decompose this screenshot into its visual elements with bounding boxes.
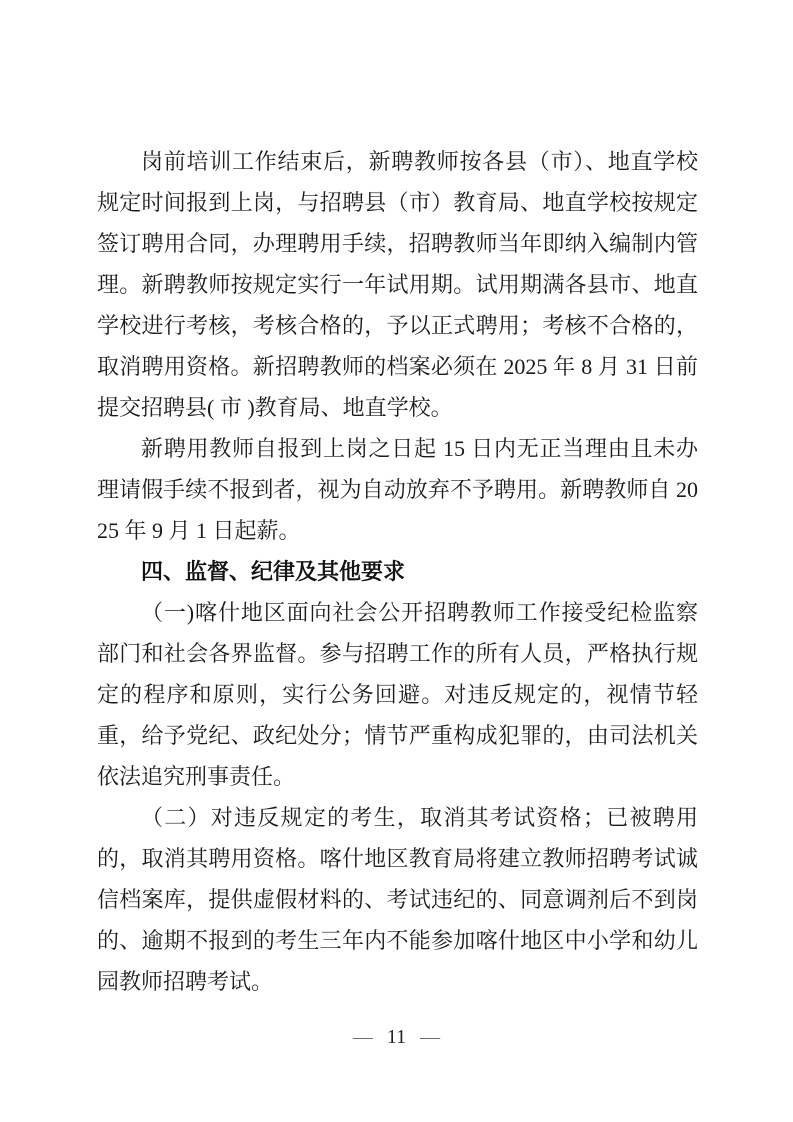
footer-left-dash: —	[353, 1026, 373, 1048]
paragraph-onboarding: 岗前培训工作结束后，新聘教师按各县（市）、地直学校规定时间报到上岗，与招聘县（市…	[97, 141, 698, 428]
document-body: 岗前培训工作结束后，新聘教师按各县（市）、地直学校规定时间报到上岗，与招聘县（市…	[97, 141, 698, 1002]
page-number: 11	[387, 1023, 406, 1051]
section-heading-supervision: 四、监督、纪律及其他要求	[97, 551, 698, 592]
page-footer: —11—	[0, 1023, 793, 1051]
footer-right-dash: —	[420, 1026, 440, 1048]
paragraph-violation-penalty: （二）对违反规定的考生，取消其考试资格；已被聘用的，取消其聘用资格。喀什地区教育…	[97, 797, 698, 1002]
paragraph-report-deadline: 新聘用教师自报到上岗之日起 15 日内无正当理由且未办理请假手续不报到者，视为自…	[97, 428, 698, 551]
paragraph-supervision: （一)喀什地区面向社会公开招聘教师工作接受纪检监察部门和社会各界监督。参与招聘工…	[97, 592, 698, 797]
document-page: 岗前培训工作结束后，新聘教师按各县（市）、地直学校规定时间报到上岗，与招聘县（市…	[0, 0, 793, 1122]
